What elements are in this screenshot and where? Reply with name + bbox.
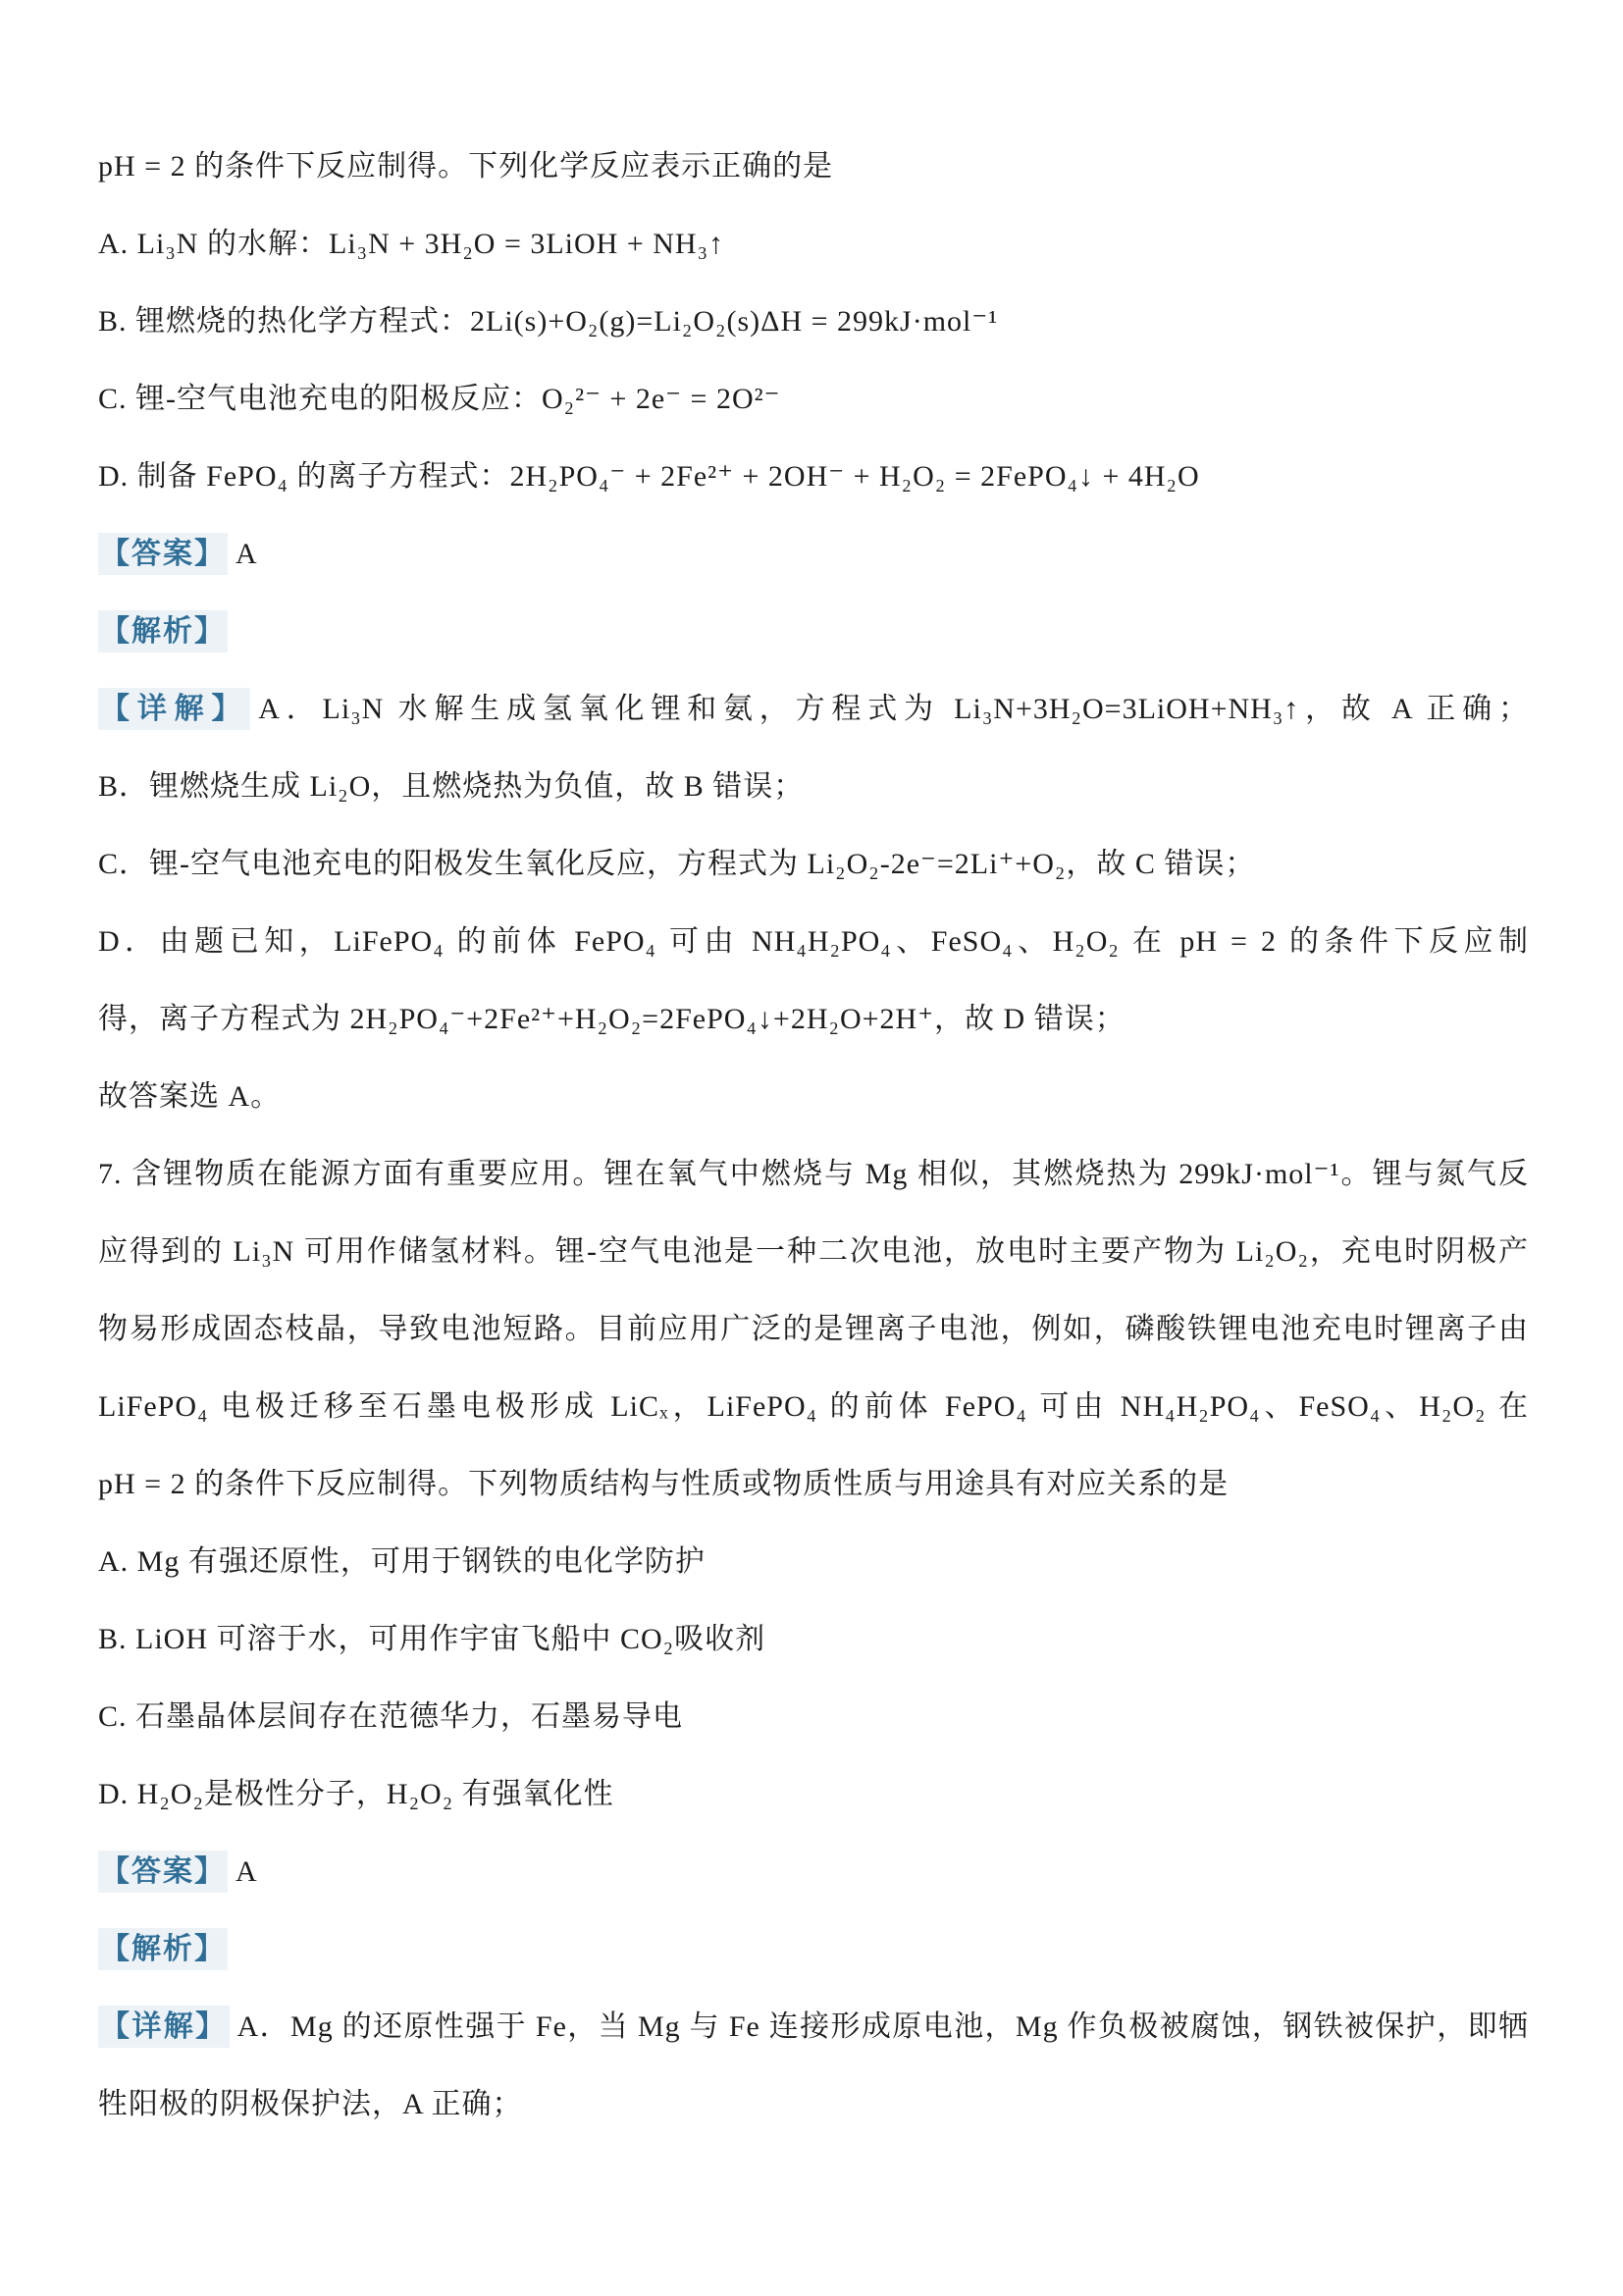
q6-option-d: D. 制备 FePO₄ 的离子方程式：2H₂PO₄⁻ + 2Fe²⁺ + 2OH… [98,438,1529,515]
q7-answer-value: A [228,1855,258,1888]
q6-detail-d-line2: 得，离子方程式为 2H₂PO₄⁻+2Fe²⁺+H₂O₂=2FePO₄↓+2H₂O… [98,980,1529,1058]
q7-stem-line1: 7. 含锂物质在能源方面有重要应用。锂在氧气中燃烧与 Mg 相似，其燃烧热为 2… [98,1135,1529,1213]
q7-stem-line3: 物易形成固态枝晶，导致电池短路。目前应用广泛的是锂离子电池，例如，磷酸铁锂电池充… [98,1290,1529,1368]
q6-option-a: A. Li₃N 的水解：Li₃N + 3H₂O = 3LiOH + NH₃↑ [98,205,1529,283]
q7-detail-a-line1: 【详解】A．Mg 的还原性强于 Fe，当 Mg 与 Fe 连接形成原电池，Mg … [98,1988,1529,2065]
q6-detail-marker: 【详解】 [98,688,250,730]
exam-content: pH = 2 的条件下反应制得。下列化学反应表示正确的是 A. Li₃N 的水解… [98,128,1529,2143]
q6-option-b: B. 锂燃烧的热化学方程式：2Li(s)+O₂(g)=Li₂O₂(s)ΔH = … [98,283,1529,360]
q6-detail-c: C．锂-空气电池充电的阳极发生氧化反应，方程式为 Li₂O₂-2e⁻=2Li⁺+… [98,825,1529,903]
q7-stem-line4: LiFePO₄ 电极迁移至石墨电极形成 LiCₓ，LiFePO₄ 的前体 FeP… [98,1368,1529,1445]
q6-conclusion: 故答案选 A。 [98,1058,1529,1135]
q6-detail-a-text: A．Li₃N 水解生成氢氧化锂和氨，方程式为 Li₃N+3H₂O=3LiOH+N… [250,693,1529,725]
q7-option-c: C. 石墨晶体层间存在范德华力，石墨易导电 [98,1678,1529,1755]
q6-stem-continuation: pH = 2 的条件下反应制得。下列化学反应表示正确的是 [98,128,1529,205]
q6-answer-value: A [228,538,258,570]
exam-page: pH = 2 的条件下反应制得。下列化学反应表示正确的是 A. Li₃N 的水解… [0,0,1623,2296]
q6-analysis-marker: 【解析】 [98,610,228,652]
q6-detail-d-line1: D．由题已知，LiFePO₄ 的前体 FePO₄ 可由 NH₄H₂PO₄、FeS… [98,903,1529,980]
q7-stem-line2: 应得到的 Li₃N 可用作储氢材料。锂-空气电池是一种二次电池，放电时主要产物为… [98,1213,1529,1290]
q7-answer-line: 【答案】A [98,1833,1529,1910]
q6-answer-marker: 【答案】 [98,533,228,575]
q6-option-c: C. 锂-空气电池充电的阳极反应：O₂²⁻ + 2e⁻ = 2O²⁻ [98,360,1529,438]
q7-analysis-marker: 【解析】 [98,1928,228,1970]
q7-option-a: A. Mg 有强还原性，可用于钢铁的电化学防护 [98,1523,1529,1600]
q7-detail-a-line1-text: A．Mg 的还原性强于 Fe，当 Mg 与 Fe 连接形成原电池，Mg 作负极被… [230,2010,1529,2043]
q6-answer-line: 【答案】A [98,515,1529,593]
q7-detail-marker: 【详解】 [98,2006,230,2048]
q7-option-d: D. H₂O₂是极性分子，H₂O₂ 有强氧化性 [98,1755,1529,1833]
q6-detail-b: B．锂燃烧生成 Li₂O，且燃烧热为负值，故 B 错误； [98,748,1529,825]
q7-option-b: B. LiOH 可溶于水，可用作宇宙飞船中 CO₂吸收剂 [98,1600,1529,1678]
q6-analysis-line: 【解析】 [98,593,1529,670]
q7-stem-line5: pH = 2 的条件下反应制得。下列物质结构与性质或物质性质与用途具有对应关系的… [98,1445,1529,1523]
q7-answer-marker: 【答案】 [98,1851,228,1893]
q7-analysis-line: 【解析】 [98,1910,1529,1988]
q6-detail-a: 【详解】A．Li₃N 水解生成氢氧化锂和氨，方程式为 Li₃N+3H₂O=3Li… [98,670,1529,748]
q7-detail-a-line2: 牲阳极的阴极保护法，A 正确； [98,2065,1529,2143]
